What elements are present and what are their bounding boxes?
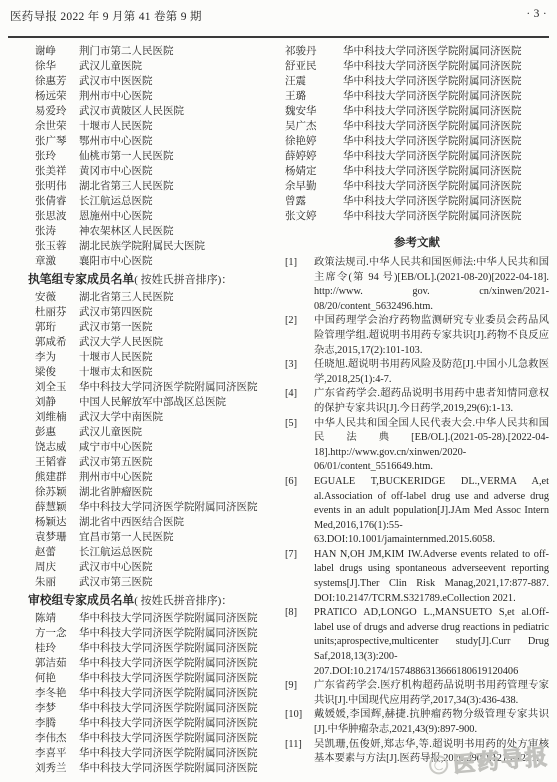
member-row: 汪震 华中科技大学同济医学院附属同济医院: [285, 74, 549, 89]
member-row: 何艳 华中科技大学同济医学院附属同济医院: [35, 671, 285, 686]
member-row: 赵蕾 长江航运总医院: [35, 545, 285, 560]
member-affiliation: 湖北省第三人民医院: [79, 179, 285, 194]
member-affiliation: 武汉大学中南医院: [79, 410, 285, 425]
member-row: 桂玲 华中科技大学同济医学院附属同济医院: [35, 641, 285, 656]
member-affiliation: 华中科技大学同济医学院附属同济医院: [79, 500, 285, 515]
member-name: 易爱玲: [35, 104, 79, 119]
reference-text: 广东省药学会.超药品说明书用药中患者知情同意权的保护专家共识[J].今日药学,2…: [314, 388, 549, 414]
reference-item: [7] HAN N,OH JM,KIM IW.Adverse events re…: [285, 548, 549, 606]
member-name: 王璐: [285, 89, 343, 104]
member-affiliation: 神农架林区人民医院: [79, 224, 285, 239]
member-row: 郭洁茹 华中科技大学同济医学院附属同济医院: [35, 656, 285, 671]
member-row: 李为 十堰市人民医院: [35, 350, 285, 365]
member-name: 刘秀兰: [35, 761, 79, 776]
member-row: 张思波 恩施州中心医院: [35, 209, 285, 224]
member-affiliation: 华中科技大学同济医学院附属同济医院: [79, 731, 285, 746]
member-name: 徐惠芳: [35, 74, 79, 89]
member-row: 徐华 武汉儿童医院: [35, 59, 285, 74]
member-name: 饶志威: [35, 440, 79, 455]
member-affiliation: 湖北省第三人民医院: [79, 290, 285, 305]
reference-item: [8] PRATICO AD,LONGO L.,MANSUETO S,et al…: [285, 606, 549, 679]
member-affiliation: 荆州市中心医院: [79, 89, 285, 104]
reference-item: [1] 政策法规司.中华人民共和国医师法:中华人民共和国主席令(第 94 号)[…: [285, 256, 549, 314]
member-name: 张美祥: [35, 164, 79, 179]
reference-number: [11]: [285, 738, 302, 753]
member-name: 刘全玉: [35, 380, 79, 395]
member-name: 王韬睿: [35, 455, 79, 470]
member-affiliation: 华中科技大学同济医学院附属同济医院: [343, 209, 549, 224]
member-list-continued: 谢峥 荆门市第二人民医院 徐华 武汉儿童医院 徐惠芳 武汉市中医医院: [35, 44, 285, 269]
member-row: 彭惠 武汉儿童医院: [35, 425, 285, 440]
member-affiliation: 武汉市第三医院: [79, 575, 285, 590]
member-row: 张美祥 黄冈市中心医院: [35, 164, 285, 179]
member-row: 薛婷婷 华中科技大学同济医学院附属同济医院: [285, 149, 549, 164]
reference-number: [1]: [285, 256, 297, 271]
member-affiliation: 华中科技大学同济医学院附属同济医院: [343, 104, 549, 119]
member-name: 张玉蓉: [35, 239, 79, 254]
member-affiliation: 十堰市人民医院: [79, 350, 285, 365]
member-row: 方一念 华中科技大学同济医学院附属同济医院: [35, 626, 285, 641]
member-name: 刘静: [35, 395, 79, 410]
member-name: 杨远荣: [35, 89, 79, 104]
member-row: 郭珩 武汉市第一医院: [35, 320, 285, 335]
right-column: 祁骏丹 华中科技大学同济医学院附属同济医院 舒亚民 华中科技大学同济医学院附属同…: [285, 44, 549, 782]
member-affiliation: 中国人民解放军中部战区总医院: [79, 395, 285, 410]
member-name: 桂玲: [35, 641, 79, 656]
member-row: 周庆 武汉市中心医院: [35, 560, 285, 575]
member-affiliation: 华中科技大学同济医学院附属同济医院: [79, 641, 285, 656]
reference-number: [8]: [285, 606, 297, 621]
member-affiliation: 华中科技大学同济医学院附属同济医院: [79, 626, 285, 641]
member-affiliation: 华中科技大学同济医学院附属同济医院: [79, 701, 285, 716]
member-name: 徐艳婷: [285, 134, 343, 149]
member-affiliation: 黄冈市中心医院: [79, 164, 285, 179]
member-row: 祁骏丹 华中科技大学同济医学院附属同济医院: [285, 44, 549, 59]
member-name: 张文婷: [285, 209, 343, 224]
running-head: 医药导报 2022 年 9 月第 41 卷第 9 期 · 3 ·: [10, 8, 547, 24]
member-affiliation: 宜昌市第一人民医院: [79, 530, 285, 545]
member-name: 李梦: [35, 701, 79, 716]
reference-number: [7]: [285, 548, 297, 563]
member-name: 彭惠: [35, 425, 79, 440]
reference-item: [2] 中国药理学会治疗药物监测研究专业委员会药品风险管理学组.超说明书用药专家…: [285, 314, 549, 358]
member-row: 李喜平 华中科技大学同济医学院附属同济医院: [35, 746, 285, 761]
member-row: 徐惠芳 武汉市中医医院: [35, 74, 285, 89]
member-affiliation: 武汉市第五医院: [79, 455, 285, 470]
member-name: 张广琴: [35, 134, 79, 149]
member-row: 李冬艳 华中科技大学同济医学院附属同济医院: [35, 686, 285, 701]
member-affiliation: 武汉市第四医院: [79, 305, 285, 320]
member-row: 刘秀兰 华中科技大学同济医学院附属同济医院: [35, 761, 285, 776]
member-row: 徐苏颖 湖北省肿瘤医院: [35, 485, 285, 500]
member-affiliation: 长江航运总医院: [79, 194, 285, 209]
member-affiliation: 武汉市中医医院: [79, 74, 285, 89]
member-affiliation: 武汉儿童医院: [79, 425, 285, 440]
member-affiliation: 鄂州市中心医院: [79, 134, 285, 149]
reference-number: [9]: [285, 679, 297, 694]
member-name: 郭珩: [35, 320, 79, 335]
member-name: 安薇: [35, 290, 79, 305]
member-affiliation: 华中科技大学同济医学院附属同济医院: [343, 194, 549, 209]
member-name: 薛慧颖: [35, 500, 79, 515]
member-row: 王韬睿 武汉市第五医院: [35, 455, 285, 470]
reference-item: [6] EGUALE T,BUCKERIDGE DL.,VERMA A,et a…: [285, 475, 549, 548]
member-name: 谢峥: [35, 44, 79, 59]
member-name: 薛婷婷: [285, 149, 343, 164]
member-name: 余世荣: [35, 119, 79, 134]
reference-text: HAN N,OH JM,KIM IW.Adverse events relate…: [314, 549, 549, 604]
member-row: 张涛 神农架林区人民医院: [35, 224, 285, 239]
journal-issue-line: 医药导报 2022 年 9 月第 41 卷第 9 期: [10, 8, 202, 24]
member-name: 郭咸希: [35, 335, 79, 350]
two-column-body: 谢峥 荆门市第二人民医院 徐华 武汉儿童医院 徐惠芳 武汉市中医医院: [0, 44, 557, 782]
member-name: 陈靖: [35, 611, 79, 626]
member-name: 张思波: [35, 209, 79, 224]
member-affiliation: 襄阳市中心医院: [79, 254, 285, 269]
member-affiliation: 华中科技大学同济医学院附属同济医院: [343, 74, 549, 89]
member-row: 徐艳婷 华中科技大学同济医学院附属同济医院: [285, 134, 549, 149]
member-row: 余早勤 华中科技大学同济医学院附属同济医院: [285, 179, 549, 194]
member-name: 熊建群: [35, 470, 79, 485]
member-row: 刘全玉 华中科技大学同济医学院附属同济医院: [35, 380, 285, 395]
member-row: 袁梦珊 宜昌市第一人民医院: [35, 530, 285, 545]
member-name: 李伟杰: [35, 731, 79, 746]
member-affiliation: 华中科技大学同济医学院附属同济医院: [79, 671, 285, 686]
member-row: 李伟杰 华中科技大学同济医学院附属同济医院: [35, 731, 285, 746]
member-affiliation: 长江航运总医院: [79, 545, 285, 560]
reference-number: [2]: [285, 314, 297, 329]
reference-item: [5] 中华人民共和国全国人民代表大会.中华人民共和国民法典[EB/OL].(2…: [285, 417, 549, 475]
member-name: 朱丽: [35, 575, 79, 590]
member-affiliation: 华中科技大学同济医学院附属同济医院: [343, 134, 549, 149]
member-row: 张明伟 湖北省第三人民医院: [35, 179, 285, 194]
member-name: 杨婧定: [285, 164, 343, 179]
reference-item: [10] 戴媛媛,李国辉,赫捷.抗肿瘤药物分级管理专家共识[J].中华肿瘤杂志,…: [285, 708, 549, 737]
member-affiliation: 华中科技大学同济医学院附属同济医院: [79, 761, 285, 776]
reference-number: [10]: [285, 708, 302, 723]
member-affiliation: 湖北省中西医结合医院: [79, 515, 285, 530]
reference-text: PRATICO AD,LONGO L.,MANSUETO S,et al.Off…: [314, 607, 549, 676]
reference-number: [4]: [285, 387, 297, 402]
writing-group-member-list: 安薇 湖北省第三人民医院 杜丽芬 武汉市第四医院 郭珩 武汉市第一医院: [35, 290, 285, 590]
reference-number: [5]: [285, 417, 297, 432]
reference-item: [4] 广东省药学会.超药品说明书用药中患者知情同意权的保护专家共识[J].今日…: [285, 387, 549, 416]
member-row: 安薇 湖北省第三人民医院: [35, 290, 285, 305]
reference-number: [6]: [285, 475, 297, 490]
member-row: 朱丽 武汉市第三医院: [35, 575, 285, 590]
member-row: 陈靖 华中科技大学同济医学院附属同济医院: [35, 611, 285, 626]
member-row: 章激 襄阳市中心医院: [35, 254, 285, 269]
reference-item: [11] 吴凯珊,伍俊妍,郑志华,等.超说明书用药的处方审核基本要素与方法[J]…: [285, 738, 549, 767]
member-affiliation: 武汉市中心医院: [79, 560, 285, 575]
member-name: 曾露: [285, 194, 343, 209]
member-name: 汪震: [285, 74, 343, 89]
reference-text: 政策法规司.中华人民共和国医师法:中华人民共和国主席令(第 94 号)[EB/O…: [314, 257, 549, 312]
member-affiliation: 仙桃市第一人民医院: [79, 149, 285, 164]
member-row: 饶志威 咸宁市中心医院: [35, 440, 285, 455]
member-name: 张倩睿: [35, 194, 79, 209]
member-name: 李腾: [35, 716, 79, 731]
reference-text: EGUALE T,BUCKERIDGE DL.,VERMA A,et al.As…: [314, 476, 549, 545]
member-affiliation: 荆门市第二人民医院: [79, 44, 285, 59]
member-affiliation: 华中科技大学同济医学院附属同济医院: [79, 716, 285, 731]
member-name: 何艳: [35, 671, 79, 686]
member-affiliation: 华中科技大学同济医学院附属同济医院: [343, 179, 549, 194]
member-affiliation: 武汉儿童医院: [79, 59, 285, 74]
member-affiliation: 华中科技大学同济医学院附属同济医院: [79, 380, 285, 395]
reference-item: [3] 任晓旭.超说明书用药风险及防范[J].中国小儿急救医学,2018,25(…: [285, 358, 549, 387]
member-name: 张明伟: [35, 179, 79, 194]
member-affiliation: 恩施州中心医院: [79, 209, 285, 224]
member-name: 李为: [35, 350, 79, 365]
member-affiliation: 湖北省肿瘤医院: [79, 485, 285, 500]
left-column: 谢峥 荆门市第二人民医院 徐华 武汉儿童医院 徐惠芳 武汉市中医医院: [0, 44, 285, 782]
member-name: 张玲: [35, 149, 79, 164]
member-row: 梁俊 十堰市太和医院: [35, 365, 285, 380]
member-name: 刘维楠: [35, 410, 79, 425]
member-affiliation: 湖北民族学院附属民大医院: [79, 239, 285, 254]
section-header-writing-group: 执笔组专家成员名单( 按姓氏拼音排序)：: [28, 269, 285, 290]
header-rule: [8, 36, 549, 38]
member-row: 李腾 华中科技大学同济医学院附属同济医院: [35, 716, 285, 731]
member-row: 舒亚民 华中科技大学同济医学院附属同济医院: [285, 59, 549, 74]
member-row: 杜丽芬 武汉市第四医院: [35, 305, 285, 320]
member-name: 魏安华: [285, 104, 343, 119]
reference-text: 中华人民共和国全国人民代表大会.中华人民共和国民法典[EB/OL].(2021-…: [314, 418, 549, 473]
member-name: 徐华: [35, 59, 79, 74]
member-row: 杨远荣 荆州市中心医院: [35, 89, 285, 104]
journal-page: 医药导报 2022 年 9 月第 41 卷第 9 期 · 3 · 谢峥 荆门市第…: [0, 0, 557, 782]
reference-number: [3]: [285, 358, 297, 373]
member-name: 赵蕾: [35, 545, 79, 560]
member-affiliation: 华中科技大学同济医学院附属同济医院: [343, 119, 549, 134]
member-name: 郭洁茹: [35, 656, 79, 671]
member-affiliation: 华中科技大学同济医学院附属同济医院: [343, 44, 549, 59]
member-name: 梁俊: [35, 365, 79, 380]
section-header-review-group: 审校组专家成员名单( 按姓氏拼音排序)：: [28, 590, 285, 611]
member-affiliation: 华中科技大学同济医学院附属同济医院: [79, 656, 285, 671]
reference-text: 吴凯珊,伍俊妍,郑志华,等.超说明书用药的处方审核基本要素与方法[J].医药导报…: [314, 739, 549, 765]
member-name: 吴广杰: [285, 119, 343, 134]
member-row: 王璐 华中科技大学同济医学院附属同济医院: [285, 89, 549, 104]
member-row: 曾露 华中科技大学同济医学院附属同济医院: [285, 194, 549, 209]
member-affiliation: 十堰市人民医院: [79, 119, 285, 134]
member-row: 李梦 华中科技大学同济医学院附属同济医院: [35, 701, 285, 716]
reference-text: 中国药理学会治疗药物监测研究专业委员会药品风险管理学组.超说明书用药专家共识[J…: [314, 315, 549, 355]
member-name: 李冬艳: [35, 686, 79, 701]
member-affiliation: 华中科技大学同济医学院附属同济医院: [79, 611, 285, 626]
member-name: 章激: [35, 254, 79, 269]
section-title: 审校组专家成员名单: [28, 593, 134, 607]
member-name: 方一念: [35, 626, 79, 641]
member-row: 刘维楠 武汉大学中南医院: [35, 410, 285, 425]
reference-text: 戴媛媛,李国辉,赫捷.抗肿瘤药物分级管理专家共识[J].中华肿瘤杂志,2021,…: [314, 709, 549, 735]
member-affiliation: 武汉大学人民医院: [79, 335, 285, 350]
member-name: 周庆: [35, 560, 79, 575]
member-row: 张广琴 鄂州市中心医院: [35, 134, 285, 149]
member-affiliation: 华中科技大学同济医学院附属同济医院: [79, 746, 285, 761]
member-affiliation: 华中科技大学同济医学院附属同济医院: [79, 686, 285, 701]
member-affiliation: 武汉市黄陂区人民医院: [79, 104, 285, 119]
reference-text: 任晓旭.超说明书用药风险及防范[J].中国小儿急救医学,2018,25(1):4…: [314, 359, 549, 385]
member-affiliation: 华中科技大学同济医学院附属同济医院: [343, 89, 549, 104]
review-group-member-list: 陈靖 华中科技大学同济医学院附属同济医院 方一念 华中科技大学同济医学院附属同济…: [35, 611, 285, 776]
member-affiliation: 十堰市太和医院: [79, 365, 285, 380]
section-note: ( 按姓氏拼音排序)：: [134, 595, 232, 607]
member-row: 魏安华 华中科技大学同济医学院附属同济医院: [285, 104, 549, 119]
member-name: 杨颖达: [35, 515, 79, 530]
member-affiliation: 咸宁市中心医院: [79, 440, 285, 455]
member-name: 徐苏颖: [35, 485, 79, 500]
member-name: 李喜平: [35, 746, 79, 761]
member-row: 谢峥 荆门市第二人民医院: [35, 44, 285, 59]
member-row: 熊建群 荆州市中心医院: [35, 470, 285, 485]
section-title: 执笔组专家成员名单: [28, 272, 134, 286]
member-row: 刘静 中国人民解放军中部战区总医院: [35, 395, 285, 410]
member-row: 杨婧定 华中科技大学同济医学院附属同济医院: [285, 164, 549, 179]
member-affiliation: 华中科技大学同济医学院附属同济医院: [343, 149, 549, 164]
member-affiliation: 华中科技大学同济医学院附属同济医院: [343, 164, 549, 179]
reference-item: [9] 广东省药学会.医疗机构超药品说明书用药管理专家共识[J].中国现代应用药…: [285, 679, 549, 708]
member-affiliation: 华中科技大学同济医学院附属同济医院: [343, 59, 549, 74]
member-row: 杨颖达 湖北省中西医结合医院: [35, 515, 285, 530]
member-row: 余世荣 十堰市人民医院: [35, 119, 285, 134]
member-affiliation: 荆州市中心医院: [79, 470, 285, 485]
member-row: 张玲 仙桃市第一人民医院: [35, 149, 285, 164]
member-row: 郭咸希 武汉大学人民医院: [35, 335, 285, 350]
member-name: 袁梦珊: [35, 530, 79, 545]
page-number: · 3 ·: [526, 8, 547, 24]
member-row: 薛慧颖 华中科技大学同济医学院附属同济医院: [35, 500, 285, 515]
member-name: 杜丽芬: [35, 305, 79, 320]
member-row: 张玉蓉 湖北民族学院附属民大医院: [35, 239, 285, 254]
member-name: 余早勤: [285, 179, 343, 194]
member-row: 易爱玲 武汉市黄陂区人民医院: [35, 104, 285, 119]
member-row: 张文婷 华中科技大学同济医学院附属同济医院: [285, 209, 549, 224]
member-name: 祁骏丹: [285, 44, 343, 59]
member-name: 张涛: [35, 224, 79, 239]
section-note: ( 按姓氏拼音排序)：: [134, 274, 232, 286]
member-list-continued-right: 祁骏丹 华中科技大学同济医学院附属同济医院 舒亚民 华中科技大学同济医学院附属同…: [285, 44, 549, 224]
reference-text: 广东省药学会.医疗机构超药品说明书用药管理专家共识[J].中国现代应用药学,20…: [314, 680, 549, 706]
reference-list: [1] 政策法规司.中华人民共和国医师法:中华人民共和国主席令(第 94 号)[…: [285, 256, 549, 767]
member-name: 舒亚民: [285, 59, 343, 74]
references-heading: 参考文献: [285, 234, 549, 250]
member-affiliation: 武汉市第一医院: [79, 320, 285, 335]
member-row: 张倩睿 长江航运总医院: [35, 194, 285, 209]
member-row: 吴广杰 华中科技大学同济医学院附属同济医院: [285, 119, 549, 134]
